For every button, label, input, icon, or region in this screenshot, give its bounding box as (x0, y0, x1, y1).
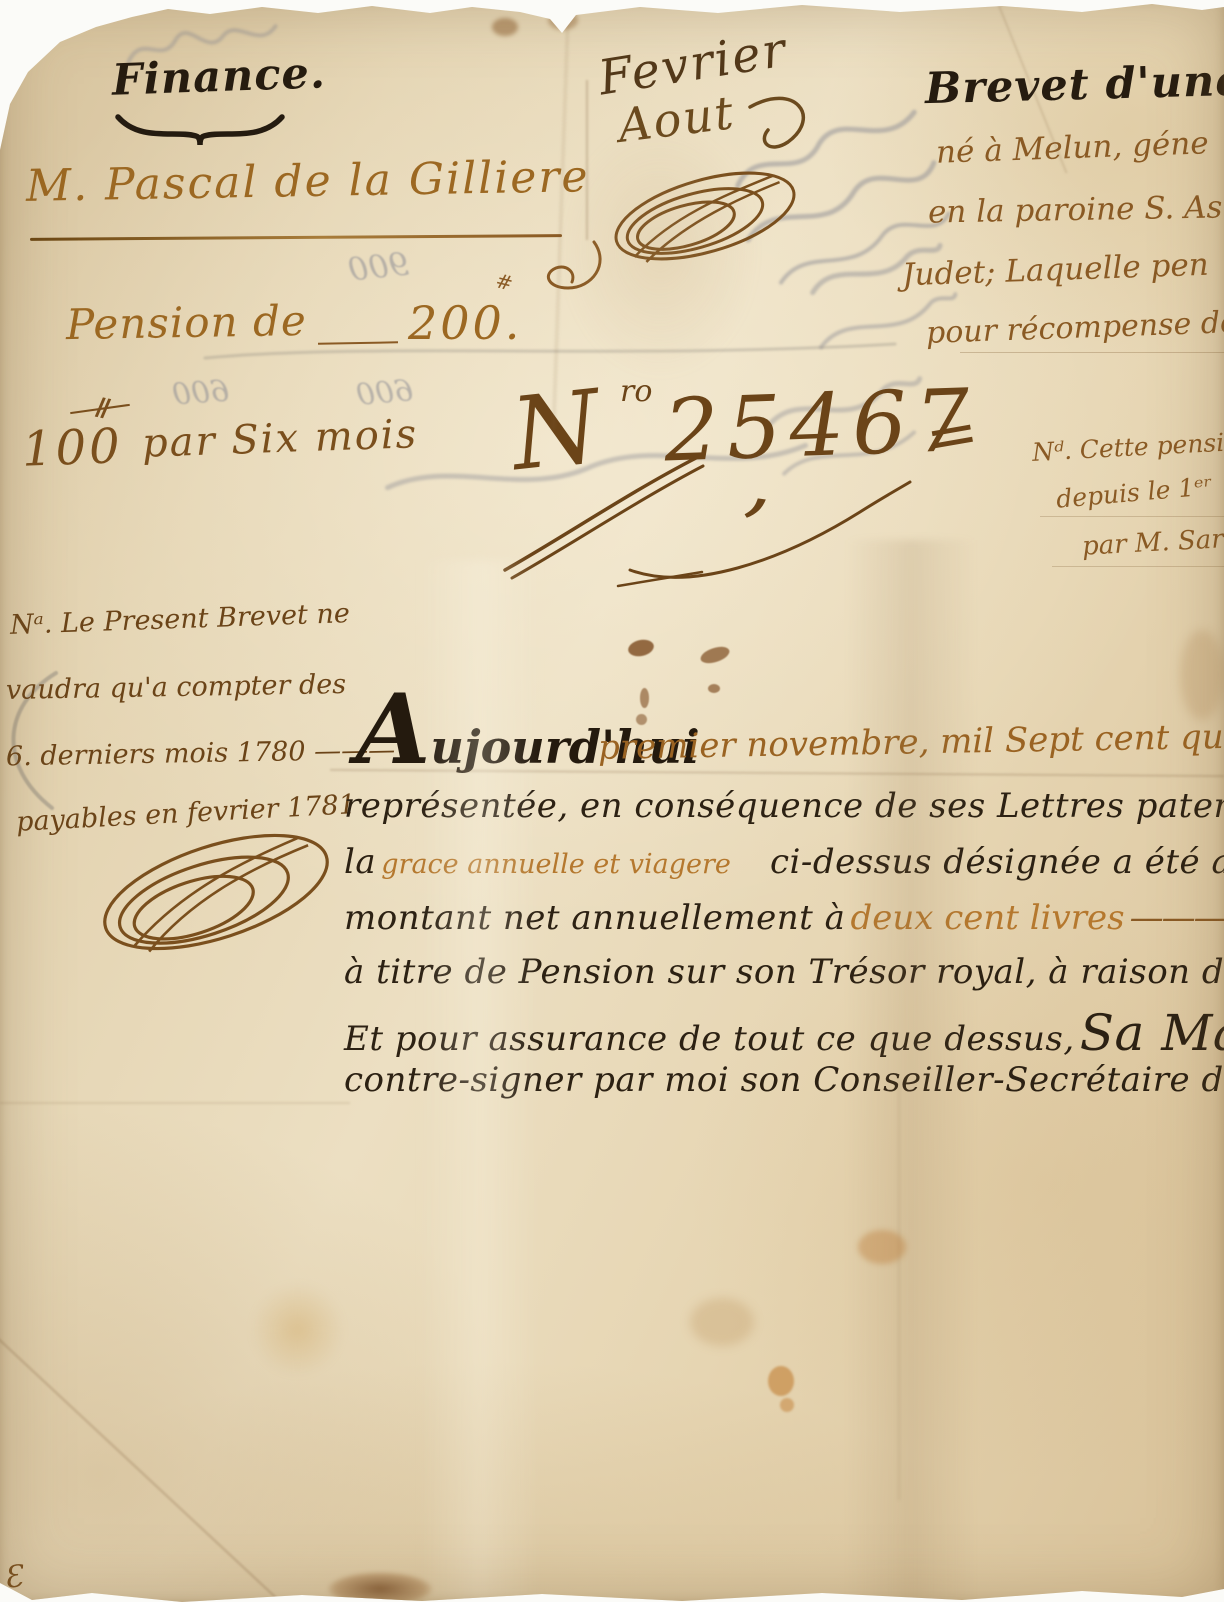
margin-note-line-2: vaudra qu'a compter des (6, 669, 347, 706)
paraph-flourish-top (606, 166, 804, 266)
rate-amount: 100 (21, 418, 124, 477)
body-line-5: à titre de Pension sur son Trésor royal,… (344, 952, 1224, 992)
guide-line-right-2 (1040, 516, 1224, 517)
body-line-6-start: Et pour assurance de tout ce que dessus, (344, 1019, 1075, 1059)
stain-faint-center (690, 1298, 754, 1346)
body-line-5-start: à titre de Pension sur son Trésor royal,… (344, 952, 1224, 992)
right-column-line-1: né à Melun, géne (935, 125, 1209, 170)
stain-yellow-left (250, 1282, 345, 1377)
month-august-swash (740, 82, 830, 177)
ink-fleck-1 (627, 637, 656, 658)
ghost-number-900: 900 (346, 245, 411, 289)
ink-fleck-2 (699, 644, 732, 667)
body-line-4-dash: ———— (1130, 898, 1224, 938)
grantee-name-underline (30, 234, 562, 241)
ghost-number-600-a: 600 (171, 374, 231, 413)
stain-right-mid (1180, 630, 1224, 720)
parchment-page: 900 600 600 Finance. Fevrier Aout (0, 0, 1224, 1602)
footer-mark: Ɛ (2, 1559, 25, 1596)
body-line-2: représentée, en conséquence de ses Lettr… (344, 786, 1224, 826)
stain-top-edge-b (548, 10, 578, 30)
side-note-line-3: par M. Sar (1081, 524, 1224, 561)
body-line-4-amount: deux cent livres (850, 898, 1124, 938)
body-line-6: Et pour assurance de tout ce que dessus,… (344, 1004, 1224, 1062)
body-line-7: contre-signer par moi son Conseiller-Sec… (344, 1060, 1224, 1100)
grantee-name: M. Pascal de la Gilliere (26, 151, 590, 212)
stain-top-edge-a (492, 18, 518, 36)
rate-period: par Six mois (141, 411, 419, 467)
pension-label: Pension de (66, 296, 308, 349)
right-column-line-3: Judet; Laquelle pen (901, 247, 1209, 294)
right-column-line-2: en la paroine S. As (928, 189, 1223, 230)
margin-note-line-3: 6. derniers mois 1780 ——— (6, 735, 396, 773)
stain-orange-dot-b (780, 1398, 794, 1412)
guide-line-right-3 (1052, 566, 1224, 567)
pension-curl-flourish (528, 236, 610, 310)
number-superscript: ro (620, 374, 652, 409)
side-note-line-2: depuis le 1ᵉʳ (1055, 471, 1214, 514)
stain-bottom-dark (328, 1572, 432, 1602)
side-note-line-1: Nᵈ. Cette pension (1031, 426, 1224, 467)
stain-orange-dot-a (768, 1366, 794, 1396)
crease-vertical-lower (898, 1080, 900, 1500)
body-line-6-majesty: Sa Majesté (1080, 1004, 1224, 1062)
brevet-title: Brevet d'une (924, 56, 1224, 114)
body-line-3: la grace annuelle et viagere ci-dessus d… (344, 842, 1224, 882)
right-column-line-4: pour récompense de c (925, 304, 1224, 351)
ink-fleck-4 (708, 684, 720, 693)
number-flourish (460, 430, 950, 605)
crease-horizontal-left (0, 1102, 350, 1104)
crease-diagonal-bottom-left (0, 1330, 283, 1602)
body-line-4: montant net annuellement à deux cent liv… (344, 898, 1224, 938)
ghost-number-600-b: 600 (355, 374, 415, 414)
pension-amount: 200. (408, 296, 522, 350)
finance-brace-icon (114, 112, 286, 148)
paraph-flourish-bottom (92, 826, 340, 958)
body-line-3-end: ci-dessus désignée a été accordée (770, 842, 1224, 882)
finance-label: Finance. (111, 48, 326, 105)
body-line-3-insert: grace annuelle et viagere (381, 849, 731, 880)
body-opening-initial: A (356, 673, 430, 786)
margin-note-line-1: Nᵃ. Le Present Brevet ne (10, 598, 351, 641)
guide-line-right-1 (960, 352, 1224, 353)
pension-livre-mark: # (493, 268, 515, 295)
body-line-4-start: montant net annuellement à (344, 898, 845, 938)
body-line-3-start: la (344, 842, 376, 882)
stain-orange-smudge (858, 1230, 906, 1264)
